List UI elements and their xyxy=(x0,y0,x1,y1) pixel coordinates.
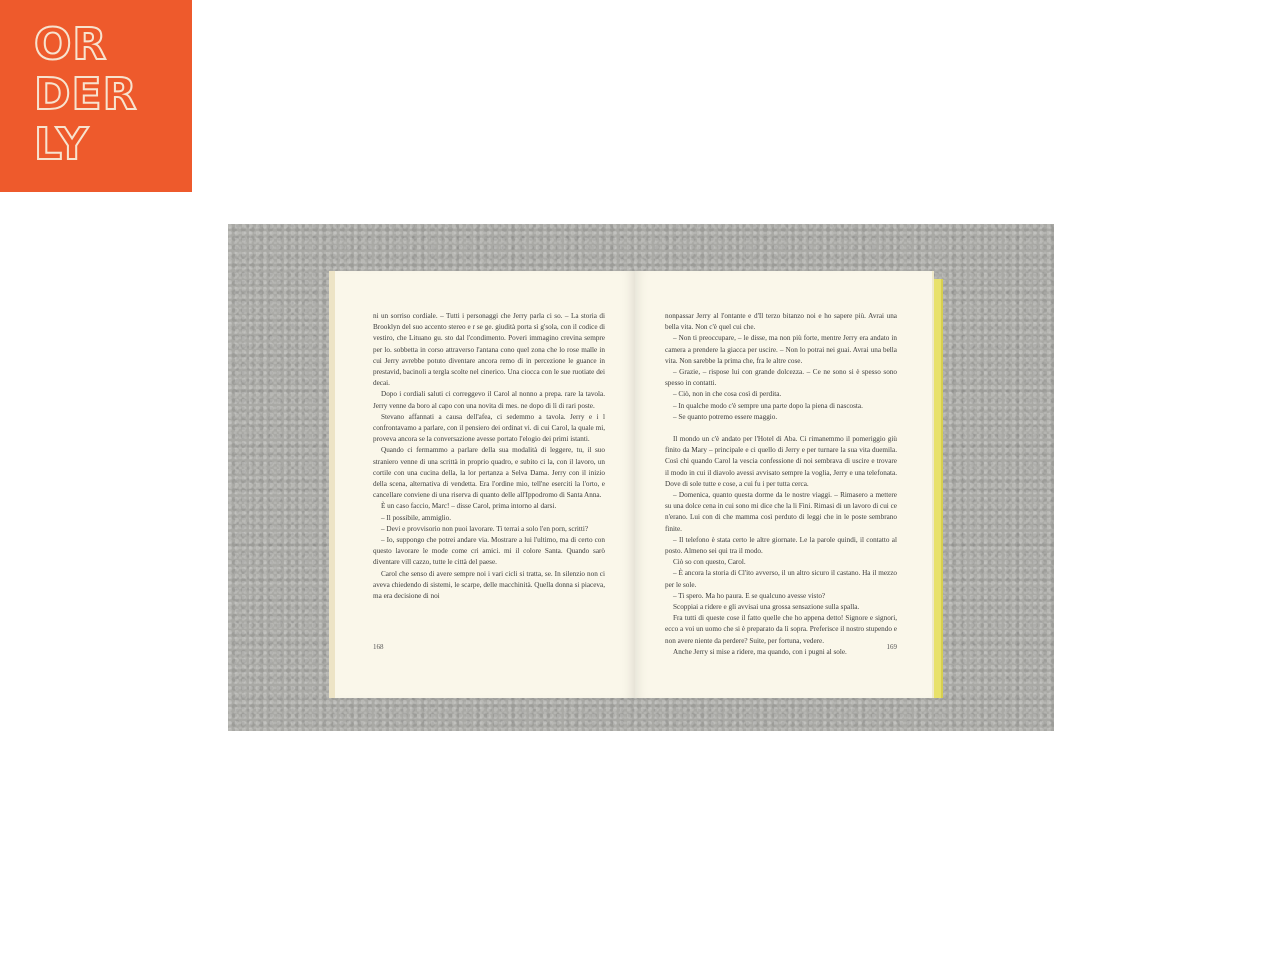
paragraph: – Il telefono è stata certo le altre gio… xyxy=(665,535,897,557)
paragraph: Anche Jerry si mise a ridere, ma quando,… xyxy=(665,647,897,658)
open-book: ni un sorriso cordiale. – Tutti i person… xyxy=(329,271,943,698)
paragraph: Carol che senso di avere sempre noi i va… xyxy=(373,569,605,603)
paragraph: – Grazie, – rispose lui con grande dolce… xyxy=(665,367,897,389)
right-page: nonpassar Jerry al l'ontante e d'Il terz… xyxy=(635,271,934,698)
left-page: ni un sorriso cordiale. – Tutti i person… xyxy=(329,271,635,698)
page-number: 169 xyxy=(887,643,898,651)
paragraph: Quando ci fermammo a parlare della sua m… xyxy=(373,445,605,501)
paragraph: Fra tutti di queste cose il fatto quelle… xyxy=(665,613,897,647)
left-page-text: ni un sorriso cordiale. – Tutti i person… xyxy=(373,311,605,602)
page-number: 168 xyxy=(373,643,384,651)
paragraph: – Domenica, quanto questa dorme da le no… xyxy=(665,490,897,535)
paragraph: – Io, suppongo che potrei andare via. Mo… xyxy=(373,535,605,569)
paragraph: – Non ti preoccupare, – le disse, ma non… xyxy=(665,333,897,367)
paragraph: – Ti spero. Ma ho paura. E se qualcuno a… xyxy=(665,591,897,602)
paragraph: Il mondo un c'è andato per l'Hotel di Ab… xyxy=(665,434,897,490)
paragraph: Scoppiai a ridere e gli avvisai una gros… xyxy=(665,602,897,613)
paragraph: È un caso faccio, Marc! – disse Carol, p… xyxy=(373,501,605,512)
paragraph: Ciò so con questo, Carol. xyxy=(665,557,897,568)
paragraph: – Ciò, non in che cosa così di perdita. xyxy=(665,389,897,400)
paragraph: ni un sorriso cordiale. – Tutti i person… xyxy=(373,311,605,389)
paragraph: – Devi e provvisorio non puoi lavorare. … xyxy=(373,524,605,535)
logo-line-3: LY xyxy=(34,120,137,170)
paragraph: Dopo i cordiali saluti ci correggevo il … xyxy=(373,389,605,411)
logo-line-1: OR xyxy=(34,20,137,70)
paragraph: – Se quanto potremo essere maggio. xyxy=(665,412,897,423)
right-page-text: nonpassar Jerry al l'ontante e d'Il terz… xyxy=(665,311,897,658)
logo-wordmark: OR DER LY xyxy=(34,20,137,170)
paragraph: – Il possibile, ammiglio. xyxy=(373,513,605,524)
paragraph: – In qualche modo c'è sempre una parte d… xyxy=(665,401,897,412)
paragraph: Stevano affannati a causa dell'afea, ci … xyxy=(373,412,605,446)
logo-line-2: DER xyxy=(34,70,137,120)
paragraph: nonpassar Jerry al l'ontante e d'Il terz… xyxy=(665,311,897,333)
orderly-logo: OR DER LY xyxy=(0,0,192,192)
paragraph: – È ancora la storia di Cl'ito avverso, … xyxy=(665,568,897,590)
